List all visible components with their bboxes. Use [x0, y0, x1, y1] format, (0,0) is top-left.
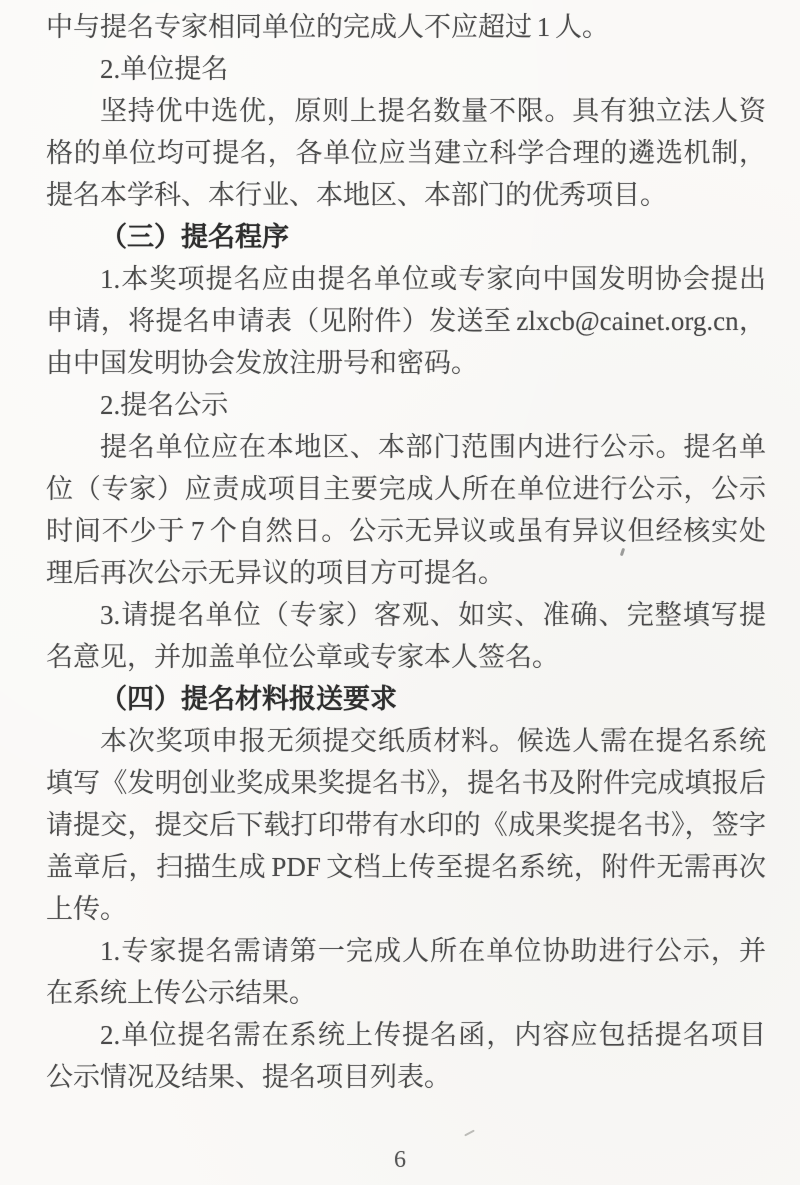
- section-heading-4: （三）提名程序: [46, 216, 766, 258]
- paragraph-3: 坚持优中选优，原则上提名数量不限。具有独立法人资格的单位均可提名，各单位应当建立…: [46, 90, 766, 216]
- document-page: 中与提名专家相同单位的完成人不应超过 1 人。2.单位提名坚持优中选优，原则上提…: [0, 0, 800, 1185]
- scan-artifact: [464, 1130, 475, 1137]
- paragraph-10: 本次奖项申报无须提交纸质材料。候选人需在提名系统填写《发明创业奖成果奖提名书》，…: [46, 720, 766, 930]
- paragraph-11: 1.专家提名需请第一完成人所在单位协助进行公示，并在系统上传公示结果。: [46, 930, 766, 1014]
- paragraph-8: 3.请提名单位（专家）客观、如实、准确、完整填写提名意见，并加盖单位公章或专家本…: [46, 594, 766, 678]
- paragraph-6: 2.提名公示: [46, 384, 766, 426]
- section-heading-9: （四）提名材料报送要求: [46, 678, 766, 720]
- paragraph-7: 提名单位应在本地区、本部门范围内进行公示。提名单位（专家）应责成项目主要完成人所…: [46, 426, 766, 594]
- paragraph-5: 1.本奖项提名应由提名单位或专家向中国发明协会提出申请，将提名申请表（见附件）发…: [46, 258, 766, 384]
- paragraph-12: 2.单位提名需在系统上传提名函，内容应包括提名项目公示情况及结果、提名项目列表。: [46, 1014, 766, 1098]
- page-footer: 6: [0, 1146, 800, 1174]
- paragraph-1: 中与提名专家相同单位的完成人不应超过 1 人。: [46, 6, 766, 48]
- paragraph-2: 2.单位提名: [46, 48, 766, 90]
- page-number: 6: [394, 1147, 406, 1173]
- document-body: 中与提名专家相同单位的完成人不应超过 1 人。2.单位提名坚持优中选优，原则上提…: [46, 6, 766, 1098]
